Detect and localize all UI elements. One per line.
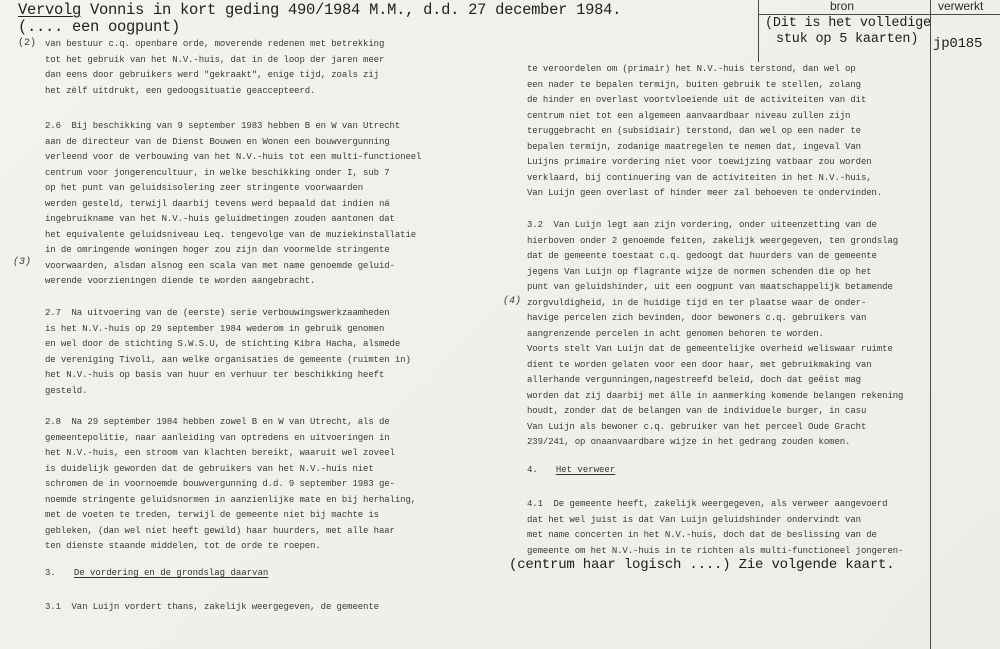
section-heading-3: 3.De vordering en de grondslag daarvan <box>45 568 268 578</box>
scanned-document-page: bron verwerkt (Dit is het volledige stuk… <box>0 0 1000 649</box>
bron-column-header: bron <box>830 0 854 13</box>
verwerkt-column-rule <box>930 0 931 649</box>
section-heading-4-number: 4. <box>527 465 538 475</box>
paragraph-claim: te veroordelen om (primair) het N.V.-hui… <box>527 62 882 202</box>
section-heading-3-number: 3. <box>45 568 56 578</box>
section-heading-4-title: Het verweer <box>556 465 615 475</box>
verwerkt-column-header: verwerkt <box>938 0 983 13</box>
document-title-underlined-word: Vervolg <box>18 1 81 19</box>
section-heading-4: 4.Het verweer <box>527 465 615 475</box>
document-title-rest: Vonnis in kort geding 490/1984 M.M., d.d… <box>81 1 621 19</box>
document-subtitle: (.... een oogpunt) <box>18 18 180 36</box>
margin-note-4: (4) <box>503 296 521 307</box>
document-title: Vervolg Vonnis in kort geding 490/1984 M… <box>18 1 621 19</box>
paragraph-4-1: 4.1 De gemeente heeft, zakelijk weergege… <box>527 497 903 559</box>
paragraph-3-1: 3.1 Van Luijn vordert thans, zakelijk we… <box>45 600 379 616</box>
closing-typed-note: (centrum haar logisch ....) Zie volgende… <box>509 557 894 573</box>
section-heading-3-title: De vordering en de grondslag daarvan <box>74 568 268 578</box>
paragraph-intro: van bestuur c.q. openbare orde, moverend… <box>45 37 384 99</box>
paragraph-3-2: 3.2 Van Luijn legt aan zijn vordering, o… <box>527 218 903 451</box>
paragraph-2-8: 2.8 Na 29 september 1984 hebben zowel B … <box>45 415 416 555</box>
source-table-left-border <box>758 0 759 62</box>
paragraph-2-6: 2.6 Bij beschikking van 9 september 1983… <box>45 119 421 290</box>
source-table-header-rule <box>758 14 1000 15</box>
margin-note-3: (3) <box>13 257 31 268</box>
margin-note-2: (2) <box>18 38 36 49</box>
paragraph-2-7: 2.7 Na uitvoering van de (eerste) serie … <box>45 306 411 399</box>
source-note-line2: stuk op 5 kaarten) <box>776 32 918 47</box>
processing-code: jp0185 <box>933 36 982 52</box>
source-note-line1: (Dit is het volledige <box>765 16 931 31</box>
